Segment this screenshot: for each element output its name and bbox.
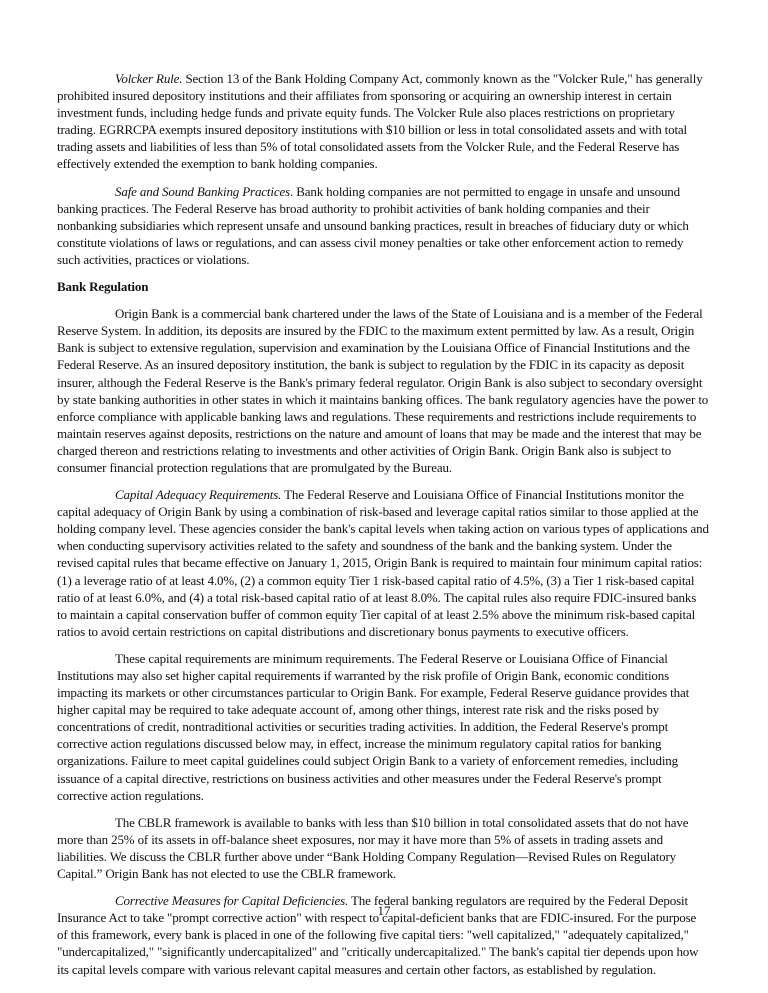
paragraph-safe-sound-practices: Safe and Sound Banking Practices. Bank h… [57,183,709,268]
page-number: 17 [0,903,768,919]
paragraph-heading: Volcker Rule. [115,71,182,86]
paragraph-heading: Capital Adequacy Requirements. [115,487,281,502]
paragraph-text: Origin Bank is a commercial bank charter… [57,306,708,475]
section-heading-bank-regulation: Bank Regulation [57,278,709,295]
paragraph-volcker-rule: Volcker Rule. Section 13 of the Bank Hol… [57,70,709,173]
paragraph-capital-adequacy: Capital Adequacy Requirements. The Feder… [57,486,709,640]
paragraph-text: These capital requirements are minimum r… [57,651,689,803]
paragraph-heading: Safe and Sound Banking Practices [115,184,290,199]
paragraph-text: The Federal Reserve and Louisiana Office… [57,487,709,639]
paragraph-text: The CBLR framework is available to banks… [57,815,688,881]
paragraph-text: Section 13 of the Bank Holding Company A… [57,71,703,171]
paragraph-minimum-requirements: These capital requirements are minimum r… [57,650,709,804]
paragraph-cblr-framework: The CBLR framework is available to banks… [57,814,709,882]
paragraph-origin-bank-overview: Origin Bank is a commercial bank charter… [57,305,709,476]
document-page: Volcker Rule. Section 13 of the Bank Hol… [57,70,709,988]
